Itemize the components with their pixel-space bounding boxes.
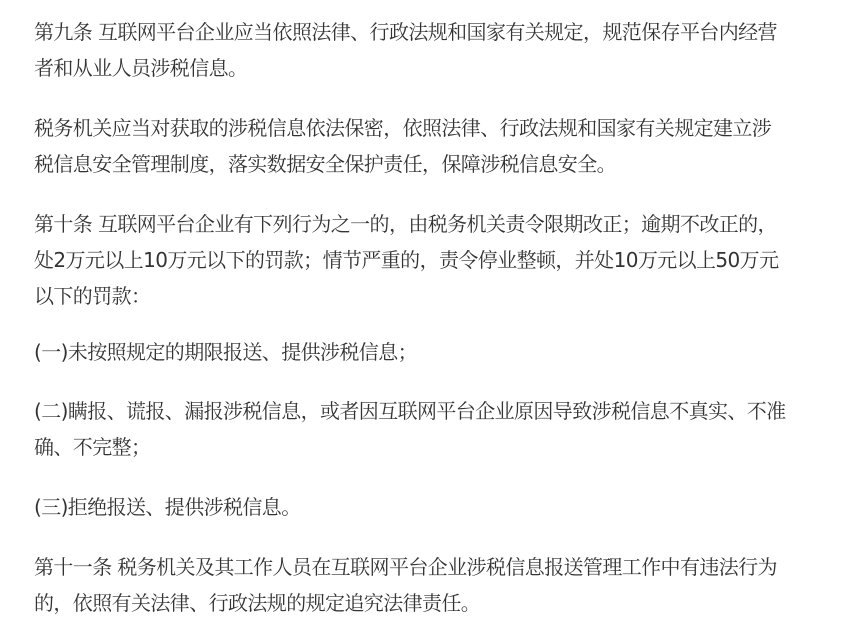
text-line: 第十条 互联网平台企业有下列行为之一的，由税务机关责令限期改正；逾期不改正的， bbox=[34, 206, 824, 242]
paragraph-article-10: 第十条 互联网平台企业有下列行为之一的，由税务机关责令限期改正；逾期不改正的， … bbox=[34, 206, 824, 314]
paragraph-article-11: 第十一条 税务机关及其工作人员在互联网平台企业涉税信息报送管理工作中有违法行为 … bbox=[34, 549, 824, 621]
text-line: 处2万元以上10万元以下的罚款；情节严重的，责令停业整顿，并处10万元以上50万… bbox=[34, 242, 824, 278]
text-line: 第九条 互联网平台企业应当依照法律、行政法规和国家有关规定，规范保存平台内经营 bbox=[34, 14, 824, 50]
document-body: 第九条 互联网平台企业应当依照法律、行政法规和国家有关规定，规范保存平台内经营 … bbox=[0, 0, 853, 631]
paragraph-article-9: 第九条 互联网平台企业应当依照法律、行政法规和国家有关规定，规范保存平台内经营 … bbox=[34, 14, 824, 86]
text-line: 以下的罚款： bbox=[34, 278, 824, 314]
paragraph-article-9-confidentiality: 税务机关应当对获取的涉税信息依法保密，依照法律、行政法规和国家有关规定建立涉 税… bbox=[34, 110, 824, 182]
text-line: 税务机关应当对获取的涉税信息依法保密，依照法律、行政法规和国家有关规定建立涉 bbox=[34, 110, 824, 146]
text-line: 者和从业人员涉税信息。 bbox=[34, 50, 824, 86]
paragraph-article-10-item-3: (三)拒绝报送、提供涉税信息。 bbox=[34, 489, 824, 525]
text-line: 第十一条 税务机关及其工作人员在互联网平台企业涉税信息报送管理工作中有违法行为 bbox=[34, 549, 824, 585]
text-line: 税信息安全管理制度，落实数据安全保护责任，保障涉税信息安全。 bbox=[34, 146, 824, 182]
text-line: 确、不完整； bbox=[34, 429, 824, 465]
text-line: (三)拒绝报送、提供涉税信息。 bbox=[34, 489, 824, 525]
paragraph-article-10-item-2: (二)瞒报、谎报、漏报涉税信息，或者因互联网平台企业原因导致涉税信息不真实、不准… bbox=[34, 393, 824, 465]
text-line: (一)未按照规定的期限报送、提供涉税信息； bbox=[34, 334, 824, 370]
paragraph-article-10-item-1: (一)未按照规定的期限报送、提供涉税信息； bbox=[34, 334, 824, 370]
text-line: 的，依照有关法律、行政法规的规定追究法律责任。 bbox=[34, 585, 824, 621]
text-line: (二)瞒报、谎报、漏报涉税信息，或者因互联网平台企业原因导致涉税信息不真实、不准 bbox=[34, 393, 824, 429]
